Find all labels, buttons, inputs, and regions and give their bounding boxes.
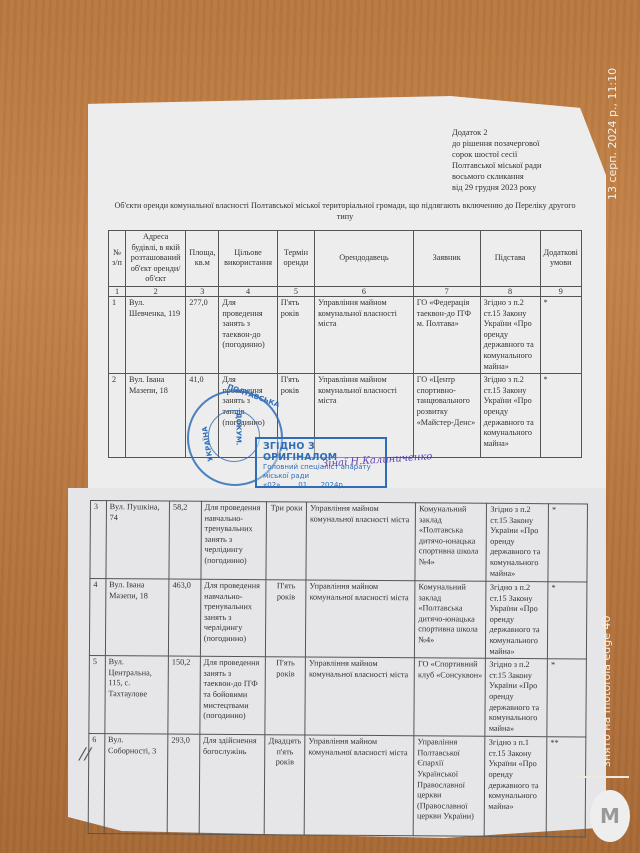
extra-cell: ** xyxy=(546,737,586,837)
header-cell: Заявник xyxy=(413,231,480,287)
applicant-cell: Комунальний заклад «Полтавська дитячо-юн… xyxy=(415,581,487,659)
header-cell: Орендодавець xyxy=(315,231,414,287)
objects-table-top: № з/п Адреса будівлі, в якій розташовани… xyxy=(108,230,582,458)
watermark-divider xyxy=(577,776,629,778)
applicant-cell: ГО «Спортивний клуб «Сонсуквон» xyxy=(414,658,486,736)
term-cell: П'ять років xyxy=(277,296,314,373)
area-cell: 150,2 xyxy=(168,656,200,734)
header-cell: Підстава xyxy=(480,231,540,287)
table-row: 1 Вул. Шевченка, 119 277,0 Для проведенн… xyxy=(109,296,582,373)
stamp-date: «02» 01 2024р. xyxy=(263,481,385,490)
use-cell: Для проведення занять з таеквон-до (пого… xyxy=(219,296,277,373)
term-cell: Три роки xyxy=(266,502,307,580)
basis-cell: Згідно з п.2 ст.15 Закону України «Про о… xyxy=(480,296,540,373)
applicant-cell: Управління Полтавської Єпархії Українськ… xyxy=(413,736,485,836)
motorola-logo-icon: M xyxy=(590,790,630,842)
table-header-row: № з/п Адреса будівлі, в якій розташовани… xyxy=(109,231,582,287)
basis-cell: Згідно з п.2 ст.15 Закону України «Про о… xyxy=(486,503,548,581)
appendix-line: Полтавської міської ради xyxy=(452,160,542,171)
lessor-cell: Управління майном комунальної власності … xyxy=(306,580,416,658)
row-number: 3 xyxy=(90,501,106,579)
column-number: 4 xyxy=(219,286,277,296)
applicant-cell: ГО «Центр спортивно-танцювального розвит… xyxy=(413,374,480,458)
photo-timestamp: 13 серп. 2024 р., 11:10 xyxy=(606,20,632,200)
basis-cell: Згідно з п.2 ст.15 Закону України «Про о… xyxy=(485,658,547,736)
header-cell: Додаткові умови xyxy=(540,231,581,287)
header-cell: № з/п xyxy=(109,231,126,287)
header-cell: Адреса будівлі, в якій розташований об'є… xyxy=(125,231,185,287)
address-cell: Вул. Пушкіна, 74 xyxy=(106,501,170,579)
stamp-date-month: 01 xyxy=(298,481,307,489)
column-number: 8 xyxy=(480,286,540,296)
area-cell: 293,0 xyxy=(167,734,199,834)
extra-cell: * xyxy=(540,374,581,458)
term-cell: П'ять років xyxy=(265,657,306,735)
column-number: 1 xyxy=(109,286,126,296)
appendix-line: сорок шостої сесії xyxy=(452,149,542,160)
use-cell: Для здійснення богослужінь xyxy=(199,734,265,834)
row-number: 5 xyxy=(89,656,105,734)
table-row: 4 Вул. Івана Мазепи, 18 463,0 Для провед… xyxy=(89,579,587,660)
stamp-date-day: «02» xyxy=(263,481,280,489)
appendix-line: восьмого скликання xyxy=(452,171,542,182)
appendix-line: до рішення позачергової xyxy=(452,138,542,149)
lessor-cell: Управління майном комунальної власності … xyxy=(315,296,414,373)
header-cell: Площа, кв.м xyxy=(186,231,219,287)
basis-cell: Згідно з п.2 ст.15 Закону України «Про о… xyxy=(480,374,540,458)
address-cell: Вул. Івана Мазепи, 18 xyxy=(125,374,185,458)
appendix-line: від 29 грудня 2023 року xyxy=(452,182,542,193)
column-number: 3 xyxy=(186,286,219,296)
basis-cell: Згідно з п.1 ст.15 Закону України «Про о… xyxy=(485,736,547,836)
lessor-cell: Управління майном комунальної власності … xyxy=(305,657,415,736)
column-number: 2 xyxy=(125,286,185,296)
address-cell: Вул. Івана Мазепи, 18 xyxy=(105,579,169,657)
basis-cell: Згідно з п.2 ст.15 Закону України «Про о… xyxy=(486,581,548,659)
table-row: 5 Вул. Центральна, 115, с. Тахтаулове 15… xyxy=(89,656,587,737)
column-number-row: 1 2 3 4 5 6 7 8 9 xyxy=(109,286,582,296)
lessor-cell: Управління майном комунальної власності … xyxy=(306,502,416,581)
address-cell: Вул. Соборності, 3 xyxy=(104,734,168,834)
column-number: 7 xyxy=(413,286,480,296)
address-cell: Вул. Шевченка, 119 xyxy=(125,296,185,373)
objects-table-bottom: 3 Вул. Пушкіна, 74 58,2 Для проведення н… xyxy=(88,500,588,838)
address-cell: Вул. Центральна, 115, с. Тахтаулове xyxy=(105,656,169,734)
header-cell: Цільове використання xyxy=(219,231,277,287)
area-cell: 463,0 xyxy=(168,579,200,656)
camera-watermark: знято на motorola edge 40 xyxy=(600,592,626,767)
row-number: 1 xyxy=(109,296,126,373)
column-number: 5 xyxy=(277,286,314,296)
use-cell: Для проведення занять з таеквон-до ІТФ т… xyxy=(200,656,266,734)
lessor-cell: Управління майном комунальної власності … xyxy=(304,735,414,836)
extra-cell: * xyxy=(547,659,586,737)
applicant-cell: ГО «Федерація таеквон-до ІТФ м. Полтава» xyxy=(413,296,480,373)
term-cell: П'ять років xyxy=(266,580,307,657)
applicant-cell: Комунальний заклад «Полтавська дитячо-юн… xyxy=(415,503,487,581)
appendix-line: Додаток 2 xyxy=(452,127,542,138)
column-number: 6 xyxy=(315,286,414,296)
column-number: 9 xyxy=(540,286,581,296)
use-cell: Для проведення навчально-тренувальних за… xyxy=(200,579,266,657)
area-cell: 277,0 xyxy=(186,296,219,373)
seal-text-center: ДОКУМ. xyxy=(234,413,242,446)
term-cell: Двадцять п'ять років xyxy=(264,735,305,835)
table-row: 6 Вул. Соборності, 3 293,0 Для здійсненн… xyxy=(88,734,586,837)
header-cell: Термін оренди xyxy=(277,231,314,287)
area-cell: 58,2 xyxy=(169,501,201,579)
extra-cell: * xyxy=(548,582,587,659)
row-number: 4 xyxy=(89,579,105,656)
row-number: 2 xyxy=(109,374,126,458)
extra-cell: * xyxy=(548,504,587,582)
table-row: 3 Вул. Пушкіна, 74 58,2 Для проведення н… xyxy=(90,501,588,582)
use-cell: Для проведення навчально-тренувальних за… xyxy=(201,501,267,579)
document-title: Об'єкти оренди комунальної власності Пол… xyxy=(110,200,580,222)
appendix-header: Додаток 2 до рішення позачергової сорок … xyxy=(452,127,542,193)
stamp-council: міської ради xyxy=(263,472,385,481)
extra-cell: * xyxy=(540,296,581,373)
stamp-date-year: 2024р. xyxy=(321,481,345,489)
